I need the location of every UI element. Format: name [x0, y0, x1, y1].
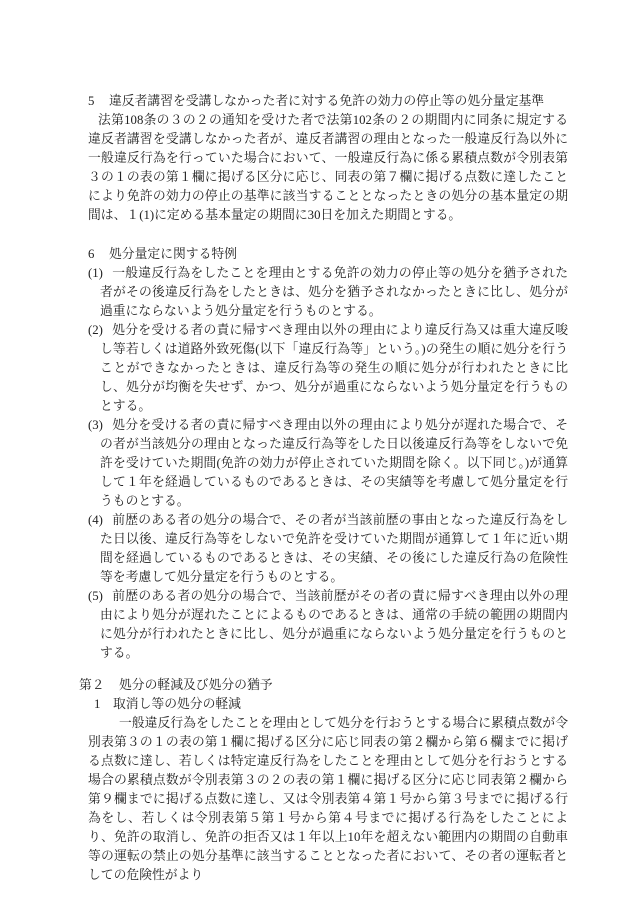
sub-item-marker: (4) — [88, 511, 112, 530]
section-2-title: 処分の軽減及び処分の猶予 — [119, 678, 273, 692]
item-6-sub-3: (3)処分を受ける者の責に帰すべき理由以外の理由により処分が遅れた場合で、その者… — [100, 416, 568, 511]
section-2-sub-1-paragraph: 一般違反行為をしたことを理由として処分を行おうとする場合に累積点数が令別表第３の… — [88, 714, 568, 885]
item-5-heading: 5違反者講習を受講しなかった者に対する免許の効力の停止等の処分量定基準 — [88, 92, 568, 111]
item-6-title: 処分量定に関する特例 — [109, 247, 237, 261]
item-6-sub-2: (2)処分を受ける者の責に帰すべき理由以外の理由により違反行為又は重大違反唆し等… — [100, 321, 568, 416]
item-6-sub-4: (4)前歴のある者の処分の場合で、その者が当該前歴の事由となった違反行為をした日… — [100, 511, 568, 587]
item-5-paragraph: 法第108条の３の２の通知を受けた者で法第102条の２の期間内に同条に規定する違… — [88, 111, 568, 225]
item-6-sub-1: (1)一般違反行為をしたことを理由とする免許の効力の停止等の処分を猶予された者が… — [100, 264, 568, 321]
sub-item-marker: (5) — [88, 587, 112, 606]
sub-item-marker: (2) — [88, 321, 112, 340]
section-2-heading: 第２処分の軽減及び処分の猶予 — [79, 676, 568, 695]
sub-item-text: 処分を受ける者の責に帰すべき理由以外の理由により処分が遅れた場合で、その者が当該… — [100, 418, 568, 508]
section-2-sub-1-heading: 1取消し等の処分の軽減 — [94, 695, 568, 714]
document-page: 5違反者講習を受講しなかった者に対する免許の効力の停止等の処分量定基準 法第10… — [0, 0, 630, 903]
item-6-sub-5: (5)前歴のある者の処分の場合で、当該前歴がその者の責に帰すべき理由以外の理由に… — [100, 587, 568, 663]
sub-item-text: 処分を受ける者の責に帰すべき理由以外の理由により違反行為又は重大違反唆し等若しく… — [100, 323, 568, 413]
sub-item-text: 前歴のある者の処分の場合で、その者が当該前歴の事由となった違反行為をした日以後、… — [100, 513, 568, 584]
sub-item-marker: (1) — [88, 264, 112, 283]
sub-item-text: 一般違反行為をしたことを理由とする免許の効力の停止等の処分を猶予された者がその後… — [100, 266, 568, 318]
section-2-number: 第２ — [79, 676, 119, 695]
item-6-heading: 6処分量定に関する特例 — [88, 245, 568, 264]
document-text-block: 5違反者講習を受講しなかった者に対する免許の効力の停止等の処分量定基準 法第10… — [79, 92, 568, 885]
section-2-sub-1-title: 取消し等の処分の軽減 — [113, 697, 241, 711]
sub-item-marker: (3) — [88, 416, 112, 435]
section-2-sub-1-number: 1 — [94, 695, 113, 714]
item-5-number: 5 — [88, 92, 109, 111]
sub-item-text: 前歴のある者の処分の場合で、当該前歴がその者の責に帰すべき理由以外の理由により処… — [100, 589, 568, 660]
item-5-title: 違反者講習を受講しなかった者に対する免許の効力の停止等の処分量定基準 — [109, 94, 544, 108]
item-6-number: 6 — [88, 245, 109, 264]
section-spacer — [79, 225, 568, 245]
section-spacer — [79, 663, 568, 676]
